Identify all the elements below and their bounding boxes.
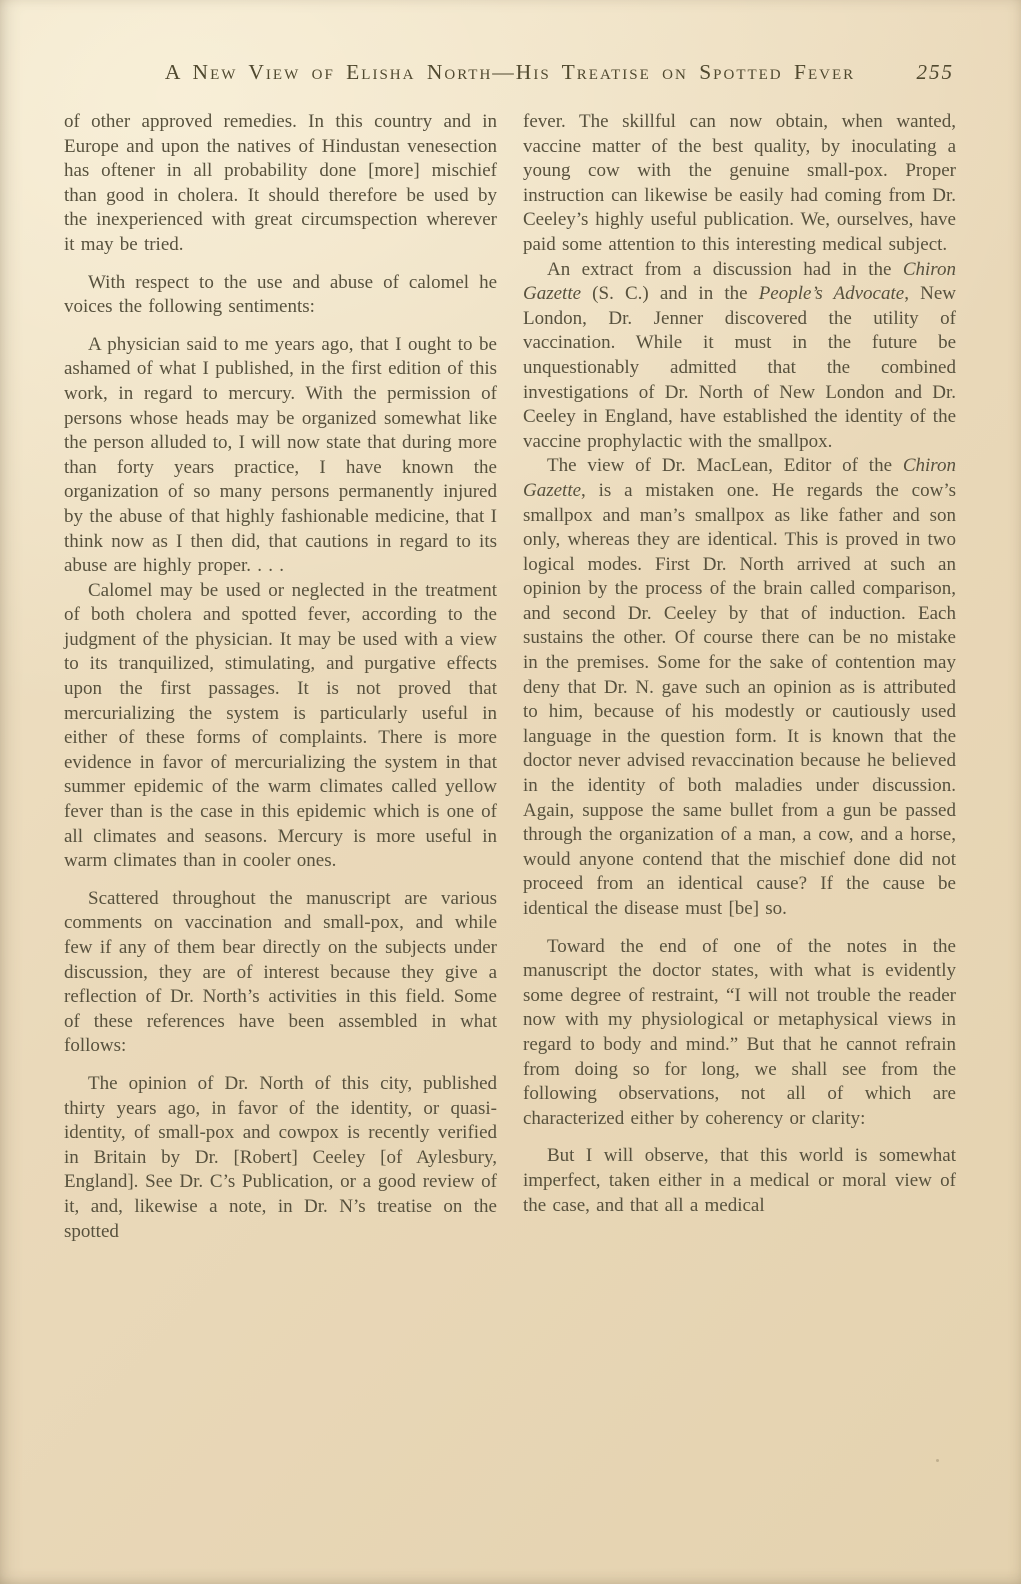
paragraph: With respect to the use and abuse of cal… <box>64 271 497 320</box>
paragraph: But I will observe, that this world is s… <box>523 1144 956 1218</box>
body-text: (S. C.) and in the <box>581 283 759 304</box>
body-text: of other approved remedies. In this coun… <box>64 111 497 255</box>
paragraph: The view of Dr. MacLean, Editor of the C… <box>523 454 956 921</box>
body-text: fever. The skillful can now obtain, when… <box>523 111 956 255</box>
book-page: A New View of Elisha North—His Treatise … <box>0 0 1021 1584</box>
paragraph: of other approved remedies. In this coun… <box>64 110 497 258</box>
paragraph: Toward the end of one of the notes in th… <box>523 935 956 1132</box>
paragraph: A physician said to me years ago, that I… <box>64 333 497 579</box>
left-column: of other approved remedies. In this coun… <box>64 110 497 1244</box>
body-text: With respect to the use and abuse of cal… <box>64 272 497 318</box>
paragraph: fever. The skillful can now obtain, when… <box>523 110 956 258</box>
page-number: 255 <box>917 60 955 85</box>
body-text: Calomel may be used or neglected in the … <box>64 580 497 872</box>
body-text: An extract from a discussion had in the <box>547 259 903 280</box>
body-text: But I will observe, that this world is s… <box>523 1145 956 1215</box>
page-title: A New View of Elisha North—His Treatise … <box>165 60 855 84</box>
paragraph: Scattered throughout the manuscript are … <box>64 887 497 1059</box>
paragraph: An extract from a discussion had in the … <box>523 258 956 455</box>
text-columns: of other approved remedies. In this coun… <box>64 110 956 1244</box>
right-column: fever. The skillful can now obtain, when… <box>523 110 956 1244</box>
paper-speck <box>936 1459 939 1462</box>
italic-text: People’s Advocate <box>759 283 905 304</box>
body-text: A physician said to me years ago, that I… <box>64 334 497 576</box>
paragraph: The opinion of Dr. North of this city, p… <box>64 1072 497 1244</box>
body-text: Toward the end of one of the notes in th… <box>523 936 956 1129</box>
paragraph: Calomel may be used or neglected in the … <box>64 579 497 874</box>
page-content: A New View of Elisha North—His Treatise … <box>64 60 956 1244</box>
body-text: Scattered throughout the manuscript are … <box>64 888 497 1057</box>
running-head: A New View of Elisha North—His Treatise … <box>64 60 956 94</box>
body-text: The opinion of Dr. North of this city, p… <box>64 1073 497 1242</box>
body-text: The view of Dr. MacLean, Editor of the <box>547 455 903 476</box>
body-text: , New London, Dr. Jenner discovered the … <box>523 283 956 452</box>
body-text: , is a mistaken one. He regards the cow’… <box>523 480 956 919</box>
